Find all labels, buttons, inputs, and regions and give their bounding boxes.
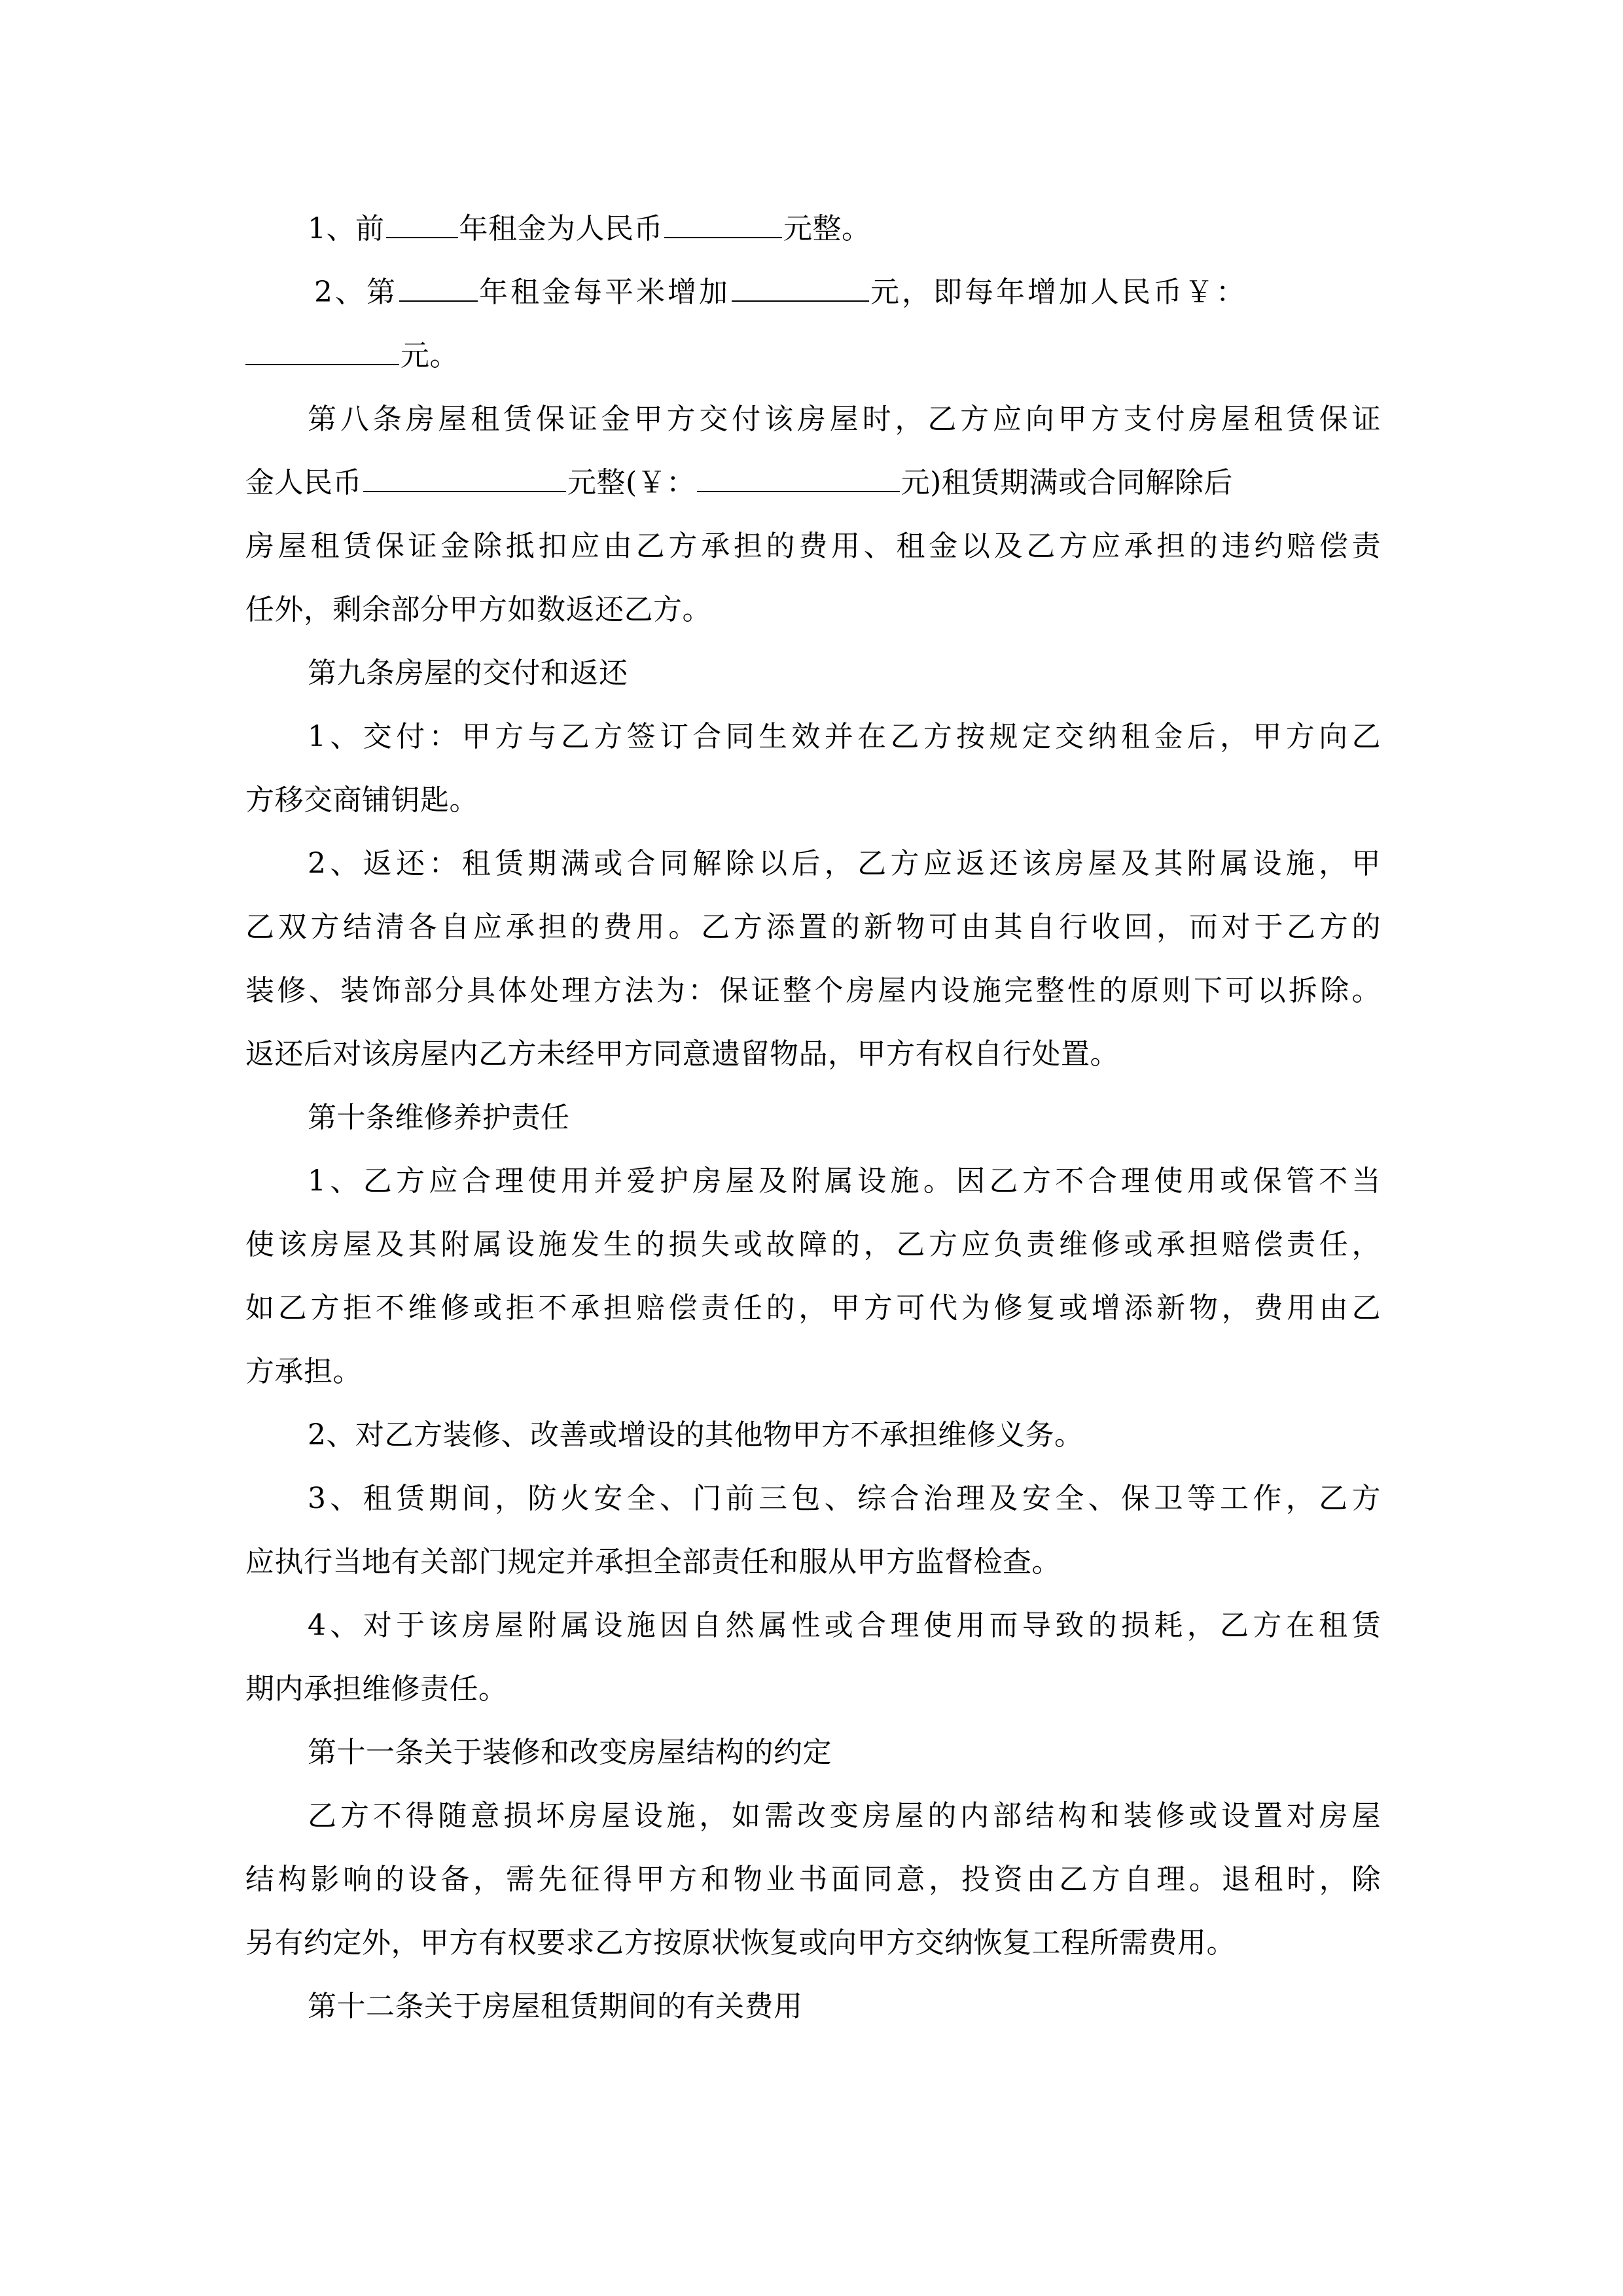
fill-in-blank-years[interactable] [386, 211, 458, 238]
fill-in-blank-year[interactable] [399, 274, 478, 302]
fill-in-blank-increase[interactable] [732, 274, 869, 302]
fill-in-blank-deposit-amount[interactable] [363, 465, 566, 492]
text-segment: 元。 [401, 339, 459, 372]
article-8-line-4: 任外，剩余部分甲方如数返还乙方。 [245, 592, 1381, 628]
article-9-item-2-line-4: 返还后对该房屋内乙方未经甲方同意遗留物品，甲方有权自行处置。 [245, 1036, 1381, 1073]
article-9-item-2-line-1: 2、返还：租赁期满或合同解除以后，乙方应返还该房屋及其附属设施，甲 [308, 846, 1381, 882]
text-segment: 2、第 [314, 276, 398, 309]
article-9-item-2-line-3: 装修、装饰部分具体处理方法为：保证整个房屋内设施完整性的原则下可以拆除。 [245, 973, 1381, 1009]
fill-in-blank-annual-increase[interactable] [245, 338, 399, 365]
text-segment: 年租金为人民币 [459, 212, 664, 245]
article-8-line-2: 金人民币元整(￥：元)租赁期满或合同解除后 [245, 465, 1381, 501]
article-10-item-1-line-4: 方承担。 [245, 1354, 1381, 1390]
article-10-item-4-line-1: 4、对于该房屋附属设施因自然属性或合理使用而导致的损耗，乙方在租赁 [308, 1607, 1381, 1644]
text-segment: 元)租赁期满或合同解除后 [901, 466, 1233, 499]
text-segment: 1、前 [308, 212, 385, 245]
article-9-item-1-line-1: 1、交付：甲方与乙方签订合同生效并在乙方按规定交纳租金后，甲方向乙 [308, 719, 1381, 755]
article-9-item-2-line-2: 乙双方结清各自应承担的费用。乙方添置的新物可由其自行收回，而对于乙方的 [245, 909, 1381, 946]
article-10-item-1-line-1: 1、乙方应合理使用并爱护房屋及附属设施。因乙方不合理使用或保管不当 [308, 1163, 1381, 1200]
article-10-item-2: 2、对乙方装修、改善或增设的其他物甲方不承担维修义务。 [308, 1417, 1381, 1454]
fill-in-blank-deposit-yuan[interactable] [697, 465, 900, 492]
text-segment: 年租金每平米增加 [479, 276, 730, 309]
article-8-line-1: 第八条房屋租赁保证金甲方交付该房屋时，乙方应向甲方支付房屋租赁保证 [308, 401, 1381, 438]
article-11-line-1: 乙方不得随意损坏房屋设施，如需改变房屋的内部结构和装修或设置对房屋 [308, 1798, 1381, 1835]
article-10-item-4-line-2: 期内承担维修责任。 [245, 1671, 1381, 1708]
article-11-heading: 第十一条关于装修和改变房屋结构的约定 [308, 1734, 1381, 1771]
article-11-line-3: 另有约定外，甲方有权要求乙方按原状恢复或向甲方交纳恢复工程所需费用。 [245, 1925, 1381, 1962]
article-9-heading: 第九条房屋的交付和返还 [308, 655, 1381, 692]
article-11-line-2: 结构影响的设备，需先征得甲方和物业书面同意，投资由乙方自理。退租时，除 [245, 1861, 1381, 1898]
text-segment: 金人民币 [245, 466, 362, 499]
article-10-heading: 第十条维修养护责任 [308, 1100, 1381, 1136]
text-segment: 元整(￥： [567, 466, 696, 499]
rent-clause-2-cont: 元。 [245, 338, 1381, 374]
article-10-item-1-line-2: 使该房屋及其附属设施发生的损失或故障的，乙方应负责维修或承担赔偿责任， [245, 1227, 1381, 1263]
fill-in-blank-amount[interactable] [664, 211, 782, 238]
text-segment: 元，即每年增加人民币￥： [870, 276, 1247, 309]
article-8-line-3: 房屋租赁保证金除抵扣应由乙方承担的费用、租金以及乙方应承担的违约赔偿责 [245, 528, 1381, 565]
article-10-item-1-line-3: 如乙方拒不维修或拒不承担赔偿责任的，甲方可代为修复或增添新物，费用由乙 [245, 1290, 1381, 1327]
article-10-item-3-line-1: 3、租赁期间，防火安全、门前三包、综合治理及安全、保卫等工作，乙方 [308, 1480, 1381, 1517]
article-9-item-1-line-2: 方移交商铺钥匙。 [245, 782, 1381, 819]
article-10-item-3-line-2: 应执行当地有关部门规定并承担全部责任和服从甲方监督检查。 [245, 1544, 1381, 1581]
rent-clause-2: 2、第年租金每平米增加元，即每年增加人民币￥： [314, 274, 1381, 311]
text-segment: 元整。 [783, 212, 871, 245]
rent-clause-1: 1、前年租金为人民币元整。 [308, 211, 1381, 247]
article-12-heading: 第十二条关于房屋租赁期间的有关费用 [308, 1988, 1381, 2025]
document-page: 1、前年租金为人民币元整。 2、第年租金每平米增加元，即每年增加人民币￥： 元。… [0, 0, 1623, 2296]
